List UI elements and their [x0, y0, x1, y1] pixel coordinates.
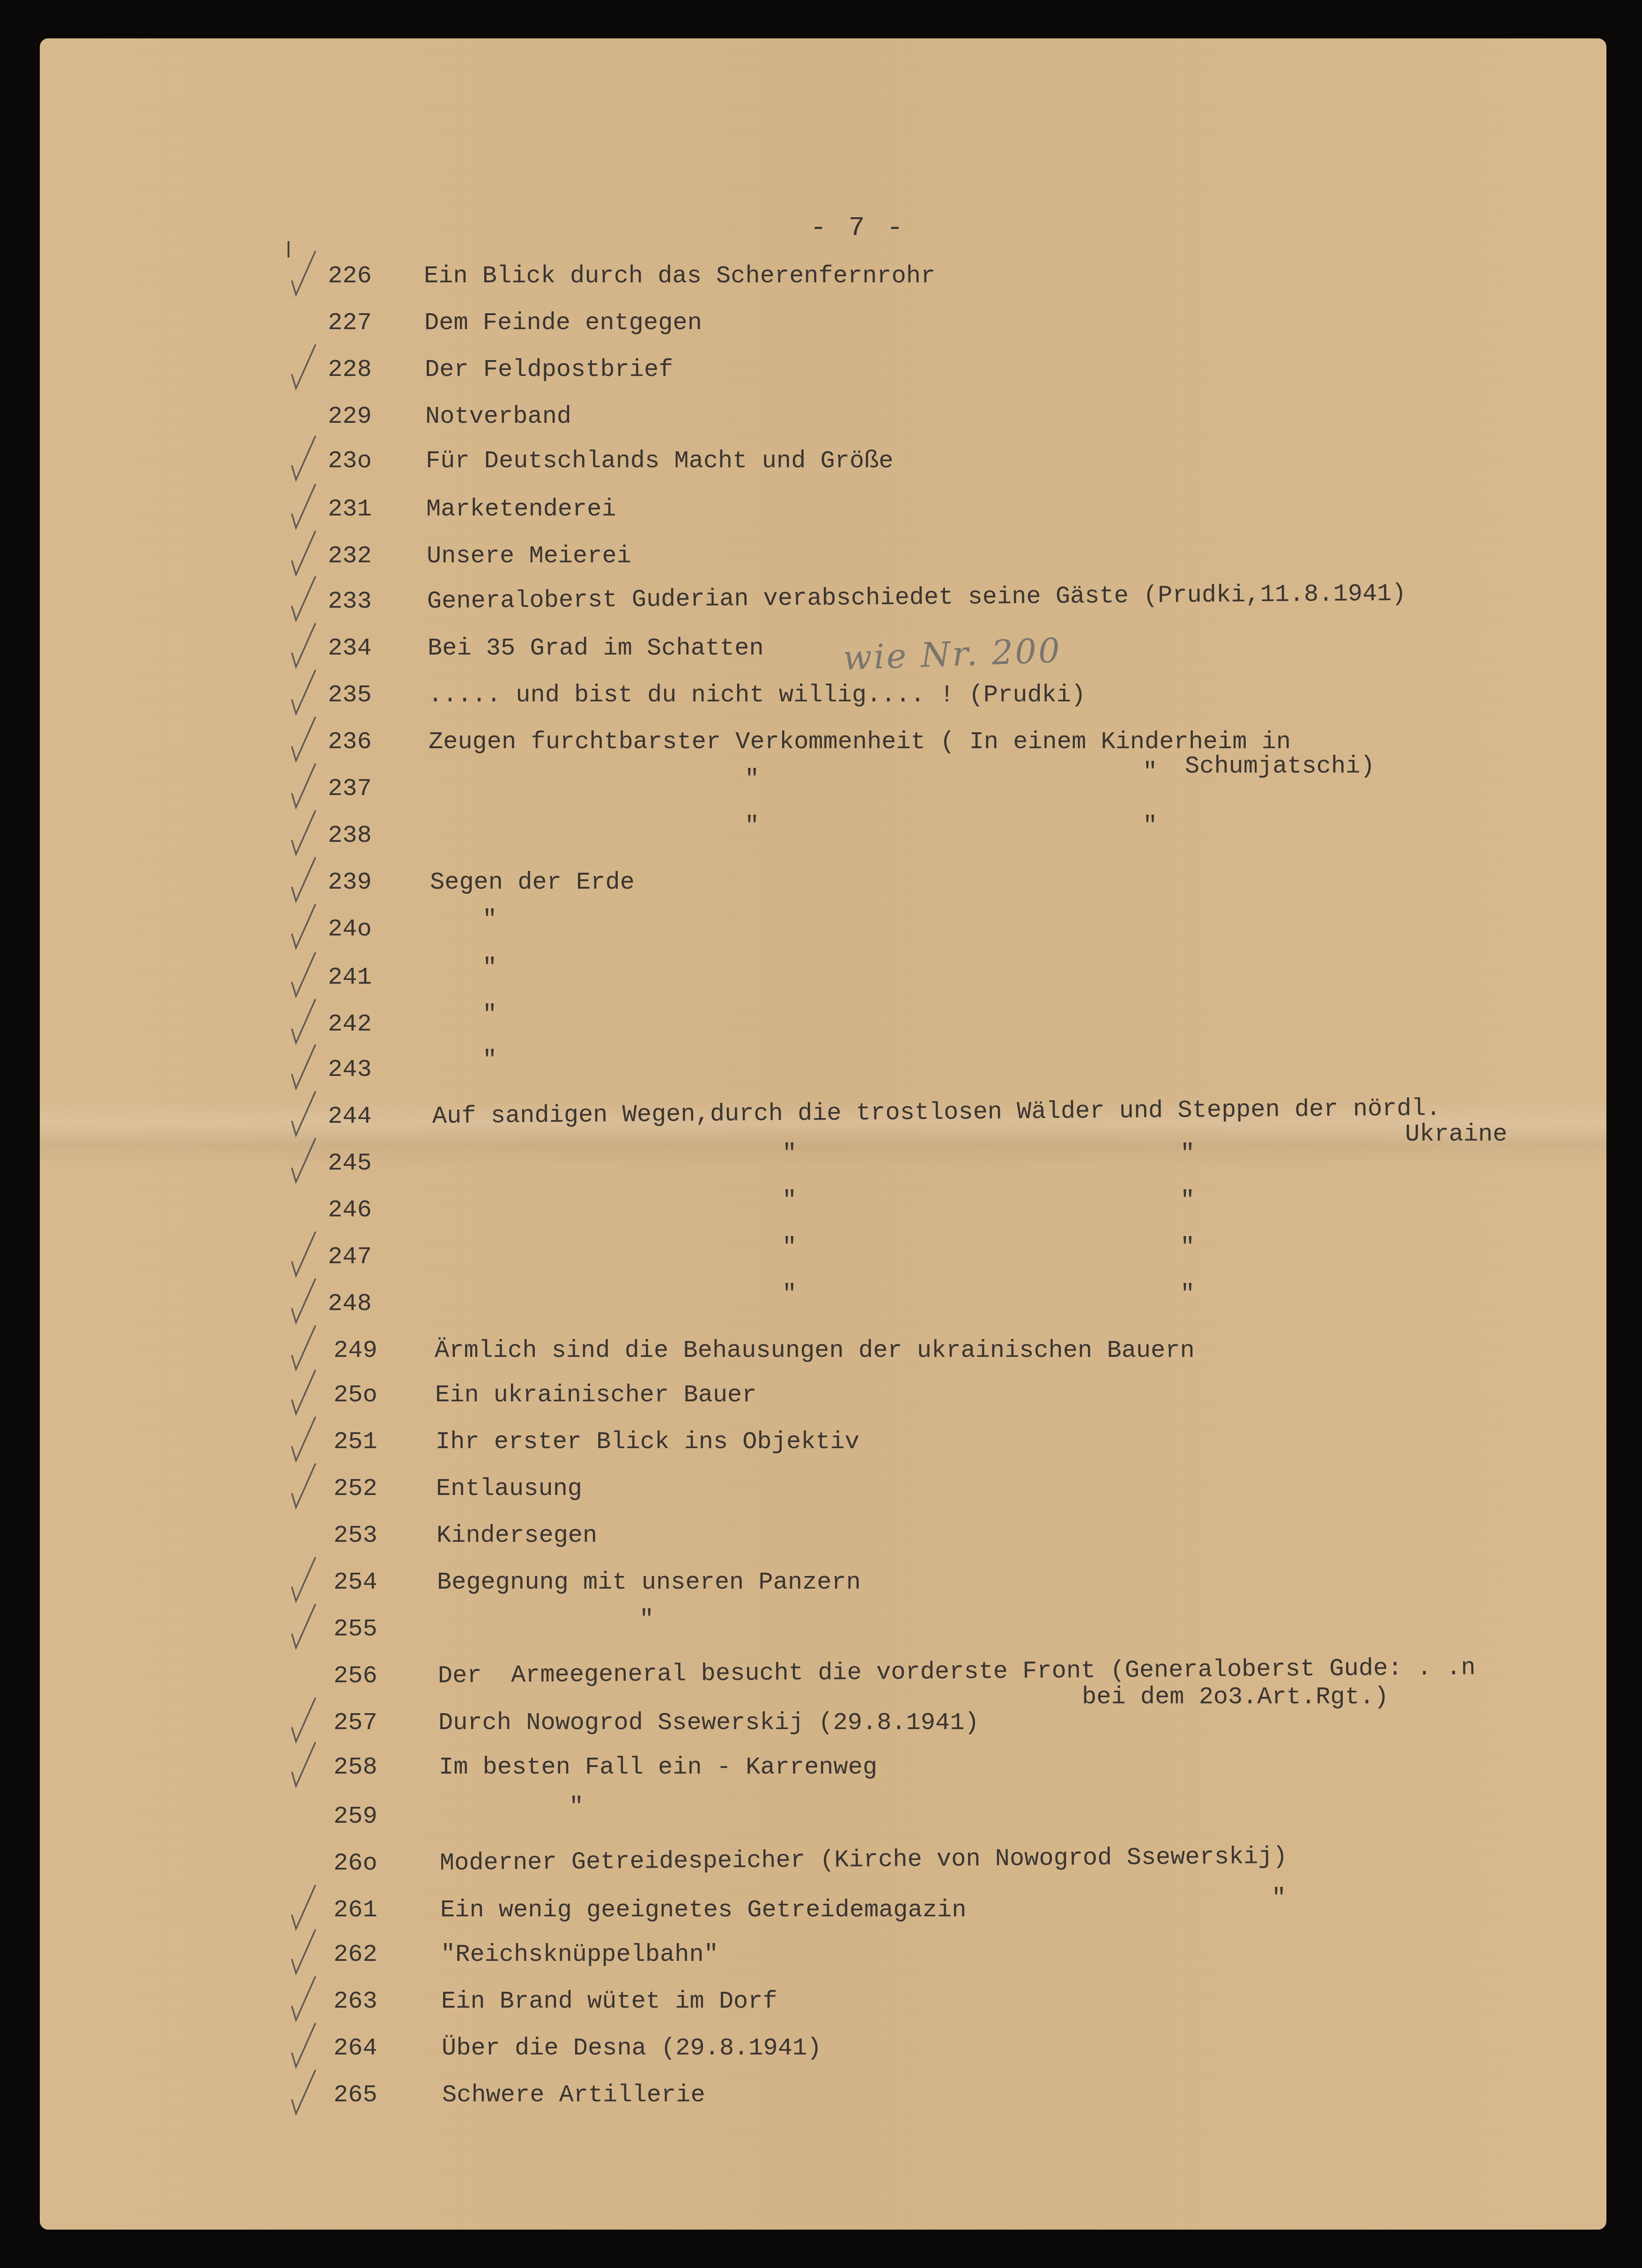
entry-number: 241	[328, 964, 389, 991]
entry-title: Ein Blick durch das Scherenfernrohr	[424, 262, 935, 290]
checkmark-icon	[290, 761, 318, 812]
entry-number: 245	[328, 1149, 389, 1177]
entry-title: ..... und bist du nicht willig.... ! (Pr…	[428, 681, 1086, 709]
entry-number: 229	[328, 403, 389, 430]
list-item: 26oModerner Getreidespeicher (Kirche von…	[0, 1849, 1546, 1892]
entry-title: Ein Brand wütet im Dorf	[441, 1988, 777, 2015]
entry-title: Begegnung mit unseren Panzern	[437, 1568, 861, 1596]
checkmark-icon	[290, 1882, 318, 1934]
checkmark-icon	[290, 667, 318, 719]
entry-title: Durch Nowogrod Ssewerskij (29.8.1941)	[438, 1709, 979, 1737]
entry-title: Ärmlich sind die Behausungen der ukraini…	[435, 1337, 1195, 1364]
entry-title: Dem Feinde entgegen	[424, 309, 702, 337]
entry-title: Im besten Fall ein - Karrenweg	[439, 1753, 877, 1781]
entry-title-continuation: bei dem 2o3.Art.Rgt.)	[1082, 1683, 1389, 1711]
list-item: 255"	[0, 1615, 1546, 1657]
list-item: 234Bei 35 Grad im Schatten	[0, 634, 1546, 677]
list-item: 247""	[0, 1243, 1546, 1285]
checkmark-icon	[290, 528, 318, 580]
entry-number: 256	[333, 1662, 394, 1690]
checkmark-icon	[290, 2067, 318, 2119]
margin-mark	[288, 241, 289, 258]
list-item: 231Marketenderei	[0, 495, 1546, 538]
list-item: 244Auf sandigen Wegen,durch die trostlos…	[0, 1103, 1546, 1145]
entry-number: 247	[328, 1243, 389, 1271]
list-item: 228Der Feldpostbrief	[0, 356, 1546, 398]
entry-number: 238	[328, 822, 389, 849]
entry-number: 231	[328, 495, 389, 523]
ditto-mark: "	[1180, 1281, 1195, 1308]
checkmark-icon	[290, 808, 318, 859]
entry-number: 25o	[333, 1381, 394, 1409]
entry-title: Bei 35 Grad im Schatten	[428, 634, 764, 662]
list-item: 246""	[0, 1196, 1546, 1238]
checkmark-icon	[290, 1089, 318, 1140]
entry-title: Ihr erster Blick ins Objektiv	[436, 1428, 859, 1456]
list-item: 232Unsere Meierei	[0, 542, 1546, 584]
list-item: 261Ein wenig geeignetes Getreidemagazin"	[0, 1896, 1546, 1938]
list-item: 258Im besten Fall ein - Karrenweg	[0, 1753, 1546, 1796]
checkmark-icon	[290, 901, 318, 953]
checkmark-icon	[290, 1927, 318, 1978]
list-item: 253Kindersegen	[0, 1522, 1546, 1564]
entry-number: 259	[333, 1803, 394, 1830]
page-number: - 7 -	[810, 213, 906, 243]
checkmark-icon	[290, 481, 318, 533]
entry-number: 232	[328, 542, 389, 570]
ditto-mark: "	[639, 1606, 654, 1634]
entry-number: 261	[333, 1896, 394, 1924]
entry-number: 263	[333, 1988, 394, 2015]
ditto-mark: "	[1143, 758, 1157, 786]
list-item: 237""	[0, 775, 1546, 817]
list-item: 226Ein Blick durch das Scherenfernrohr	[0, 262, 1546, 304]
list-item: 245""	[0, 1149, 1546, 1192]
ditto-mark: "	[482, 1001, 497, 1029]
checkmark-icon	[290, 574, 318, 625]
entry-number: 23o	[328, 447, 389, 475]
list-item: 235..... und bist du nicht willig.... ! …	[0, 681, 1546, 723]
checkmark-icon	[290, 854, 318, 906]
list-item: 24o"	[0, 915, 1546, 957]
checkmark-icon	[290, 1461, 318, 1512]
list-item: 238""	[0, 822, 1546, 864]
entry-number: 242	[328, 1010, 389, 1038]
entry-number: 233	[328, 588, 389, 615]
checkmark-icon	[290, 1414, 318, 1465]
entry-number: 248	[328, 1290, 389, 1318]
entry-title: Der Feldpostbrief	[425, 356, 673, 383]
entry-number: 244	[328, 1103, 389, 1130]
checkmark-icon	[290, 248, 318, 300]
entry-number: 228	[328, 356, 389, 383]
entry-title: Ein wenig geeignetes Getreidemagazin	[440, 1896, 966, 1924]
entry-number: 24o	[328, 915, 389, 943]
entry-number: 258	[333, 1753, 394, 1781]
list-item: 242"	[0, 1010, 1546, 1053]
ditto-mark: "	[1180, 1140, 1195, 1168]
ditto-mark: "	[482, 906, 497, 934]
ditto-mark: "	[569, 1793, 584, 1821]
list-item: 248""	[0, 1290, 1546, 1332]
entry-number: 237	[328, 775, 389, 803]
list-item: 23oFür Deutschlands Macht und Größe	[0, 447, 1546, 489]
entry-number: 239	[328, 869, 389, 896]
entry-number: 253	[333, 1522, 394, 1549]
checkmark-icon	[290, 1695, 318, 1746]
checkmark-icon	[290, 1554, 318, 1606]
checkmark-icon	[290, 1367, 318, 1419]
ditto-mark: "	[1180, 1234, 1195, 1261]
list-item: 229Notverband	[0, 403, 1546, 445]
checkmark-icon	[290, 1276, 318, 1327]
checkmark-icon	[290, 433, 318, 485]
entry-title: Ein ukrainischer Bauer	[435, 1381, 757, 1409]
ditto-mark: "	[1272, 1885, 1286, 1912]
checkmark-icon	[290, 2020, 318, 2072]
list-item: 243"	[0, 1056, 1546, 1098]
list-item: 25oEin ukrainischer Bauer	[0, 1381, 1546, 1423]
entry-number: 234	[328, 634, 389, 662]
list-item: 239Segen der Erde	[0, 869, 1546, 911]
ditto-mark: "	[1180, 1187, 1195, 1215]
entry-title: Notverband	[425, 403, 571, 430]
checkmark-icon	[290, 342, 318, 393]
list-item: 254Begegnung mit unseren Panzern	[0, 1568, 1546, 1611]
list-item: 233Generaloberst Guderian verabschiedet …	[0, 588, 1546, 630]
entry-title: Über die Desna (29.8.1941)	[442, 2034, 821, 2062]
entry-title: Zeugen furchtbarster Verkommenheit ( In …	[429, 728, 1291, 756]
entry-number: 249	[333, 1337, 394, 1364]
entry-title: Schwere Artillerie	[442, 2081, 705, 2109]
ditto-mark: "	[782, 1281, 797, 1308]
checkmark-icon	[290, 1973, 318, 2025]
entry-title: Für Deutschlands Macht und Größe	[426, 447, 894, 475]
entry-title: Segen der Erde	[430, 869, 635, 896]
checkmark-icon	[290, 1042, 318, 1093]
list-item: 249Ärmlich sind die Behausungen der ukra…	[0, 1337, 1546, 1379]
entry-number: 254	[333, 1568, 394, 1596]
entry-number: 255	[333, 1615, 394, 1643]
entry-title: Unsere Meierei	[427, 542, 631, 570]
entry-title: Kindersegen	[436, 1522, 597, 1549]
entry-number: 257	[333, 1709, 394, 1737]
entry-number: 226	[328, 262, 389, 290]
checkmark-icon	[290, 1739, 318, 1791]
checkmark-icon	[290, 950, 318, 1001]
list-item: 236Zeugen furchtbarster Verkommenheit ( …	[0, 728, 1546, 770]
list-item: 264Über die Desna (29.8.1941)	[0, 2034, 1546, 2077]
ditto-mark: "	[482, 1046, 497, 1074]
entry-number: 243	[328, 1056, 389, 1083]
list-item: 259"	[0, 1803, 1546, 1845]
ditto-mark: "	[482, 954, 497, 982]
list-item: 257Durch Nowogrod Ssewerskij (29.8.1941)	[0, 1709, 1546, 1751]
entry-title-continuation: Ukraine	[1405, 1120, 1507, 1148]
ditto-mark: "	[745, 766, 759, 793]
checkmark-icon	[290, 1601, 318, 1653]
entry-title: Entlausung	[436, 1475, 582, 1502]
list-item: 252Entlausung	[0, 1475, 1546, 1517]
entry-number: 236	[328, 728, 389, 756]
entry-title: Marketenderei	[426, 495, 616, 523]
entry-number: 235	[328, 681, 389, 709]
ditto-mark: "	[782, 1187, 797, 1215]
checkmark-icon	[290, 1135, 318, 1187]
list-item: 256Der Armeegeneral besucht die vorderst…	[0, 1662, 1546, 1704]
ditto-mark: "	[1143, 812, 1157, 840]
entry-title: "Reichsknüppelbahn"	[441, 1941, 718, 1968]
ditto-mark: "	[745, 812, 759, 840]
list-item: 262"Reichsknüppelbahn"	[0, 1941, 1546, 1983]
entry-number: 26o	[333, 1849, 394, 1877]
checkmark-icon	[290, 1229, 318, 1281]
entry-number: 246	[328, 1196, 389, 1224]
list-item: 265Schwere Artillerie	[0, 2081, 1546, 2123]
ditto-mark: "	[782, 1140, 797, 1168]
entry-number: 252	[333, 1475, 394, 1502]
checkmark-icon	[290, 714, 318, 766]
list-item: 241"	[0, 964, 1546, 1006]
list-item: 251Ihr erster Blick ins Objektiv	[0, 1428, 1546, 1470]
ditto-mark: "	[782, 1234, 797, 1261]
list-item: 227Dem Feinde entgegen	[0, 309, 1546, 351]
entry-number: 262	[333, 1941, 394, 1968]
entry-number: 265	[333, 2081, 394, 2109]
entry-number: 251	[333, 1428, 394, 1456]
checkmark-icon	[290, 620, 318, 672]
checkmark-icon	[290, 1323, 318, 1374]
list-item: 263Ein Brand wütet im Dorf	[0, 1988, 1546, 2030]
checkmark-icon	[290, 996, 318, 1048]
entry-number: 227	[328, 309, 389, 337]
entry-number: 264	[333, 2034, 394, 2062]
